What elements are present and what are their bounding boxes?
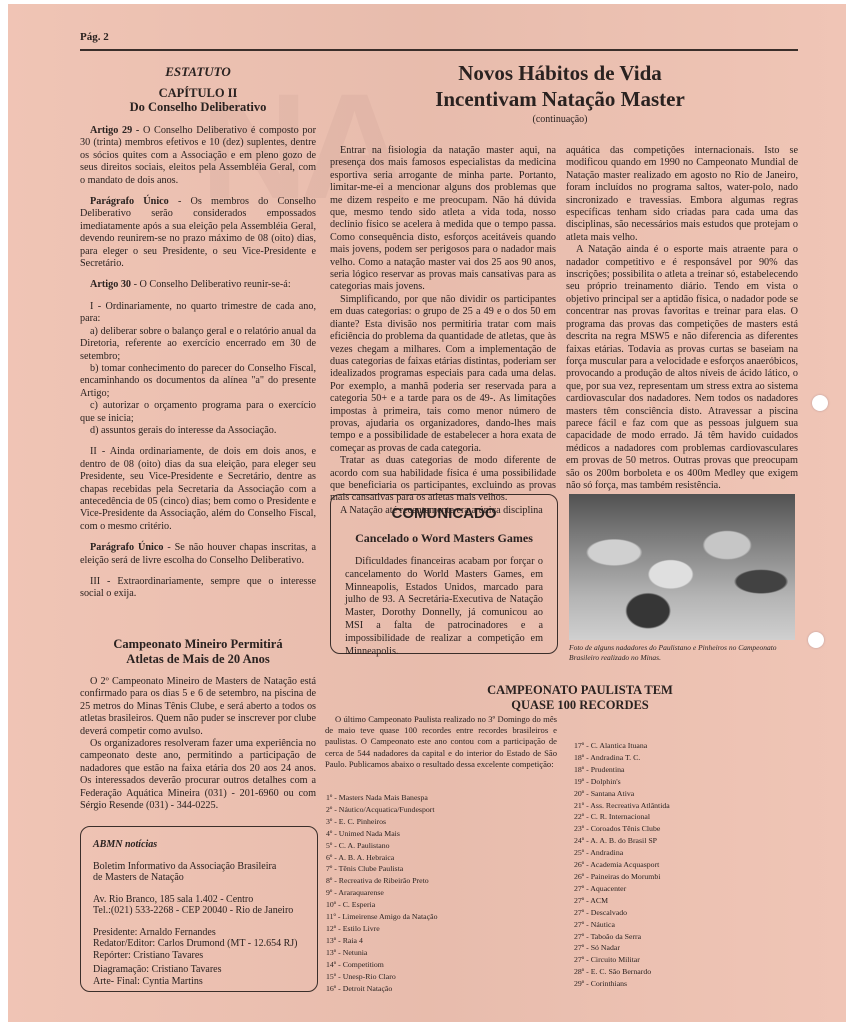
abmn-address: Av. Rio Branco, 185 sala 1.402 - Centro … xyxy=(93,894,305,917)
ranking-item: 27º - Aquacenter xyxy=(574,883,670,895)
paragrafo-unico-2: Parágrafo Único - Se não houver chapas i… xyxy=(80,542,316,567)
article-column-1: Entrar na fisiologia da natação master a… xyxy=(330,145,556,517)
ranking-item: 9º - Araraquarense xyxy=(326,887,437,899)
ranking-item: 27º - Descalvado xyxy=(574,907,670,919)
comunicado-title: COMUNICADO xyxy=(331,505,557,522)
abmn-description: Boletim Informativo da Associação Brasil… xyxy=(93,861,305,884)
article-paragraph: A Natação ainda é o esporte mais atraent… xyxy=(566,244,798,492)
abmn-title: ABMN notícias xyxy=(93,839,305,851)
ranking-item: 8º - Recreativa de Ribeirão Preto xyxy=(326,875,437,887)
ranking-item: 21º - Ass. Recreativa Atlântida xyxy=(574,800,670,812)
header-rule xyxy=(80,49,798,51)
ranking-list-right: 17º - C. Alantica Ituana 18º - Andradina… xyxy=(574,740,670,990)
ranking-item: 22º - C. R. Internacional xyxy=(574,811,670,823)
ranking-item: 5º - C. A. Paulistano xyxy=(326,840,437,852)
paulista-intro: O último Campeonato Paulista realizado n… xyxy=(325,714,557,770)
ranking-item: 14º - Competitiom xyxy=(326,959,437,971)
ranking-item: 27º - Náutica xyxy=(574,919,670,931)
ranking-item: 16º - Detroit Natação xyxy=(326,983,437,995)
ranking-item: 23º - Coroados Tênis Clube xyxy=(574,823,670,835)
photo-caption: Foto de alguns nadadores do Paulistano e… xyxy=(569,643,799,663)
chapter-heading: CAPÍTULO II Do Conselho Deliberativo xyxy=(80,86,316,114)
paulista-heading: CAMPEONATO PAULISTA TEM QUASE 100 RECORD… xyxy=(440,683,720,713)
clause-iii: III - Extraordinariamente, sempre que o … xyxy=(80,576,316,601)
paragrafo-unico-1: Parágrafo Único - Os membros do Conselho… xyxy=(80,196,316,270)
group-photo xyxy=(569,494,795,640)
ranking-item: 19º - Dolphin's xyxy=(574,776,670,788)
clause-ii: II - Ainda ordinariamente, de dois em do… xyxy=(80,446,316,533)
mineiro-paragraph: Os organizadores resolveram fazer uma ex… xyxy=(80,738,316,812)
ranking-item: 18º - Andradina T. C. xyxy=(574,752,670,764)
ranking-item: 15º - Unesp-Rio Claro xyxy=(326,971,437,983)
page-number: Pág. 2 xyxy=(80,31,109,43)
ranking-item: 28º - E. C. São Bernardo xyxy=(574,966,670,978)
ranking-item: 13º - Raia 4 xyxy=(326,935,437,947)
ranking-item: 26º - Paineiras do Morumbi xyxy=(574,871,670,883)
clause-d: d) assuntos gerais do interesse da Assoc… xyxy=(80,425,316,437)
clause-i: I - Ordinariamente, no quarto trimestre … xyxy=(80,301,316,326)
ranking-item: 13º - Netunia xyxy=(326,947,437,959)
ranking-item: 27º - Circuito Militar xyxy=(574,954,670,966)
estatuto-heading: ESTATUTO xyxy=(80,64,316,80)
ranking-item: 17º - C. Alantica Ituana xyxy=(574,740,670,752)
ranking-item: 6º - A. B. A. Hebraica xyxy=(326,852,437,864)
ranking-item: 27º - Só Nadar xyxy=(574,942,670,954)
chapter-number: CAPÍTULO II xyxy=(80,86,316,100)
ranking-item: 29º - Corinthians xyxy=(574,978,670,990)
mineiro-heading: Campeonato Mineiro Permitirá Atletas de … xyxy=(80,637,316,667)
mineiro-paragraph: O 2º Campeonato Mineiro de Masters de Na… xyxy=(80,676,316,738)
mineiro-body: O 2º Campeonato Mineiro de Masters de Na… xyxy=(80,676,316,812)
article-column-2: aquática das competições internacionais.… xyxy=(566,145,798,492)
abmn-staff: Presidente: Arnaldo Fernandes Redator/Ed… xyxy=(93,927,305,988)
ranking-item: 2º - Náutico/Acquatica/Fundesport xyxy=(326,804,437,816)
article-paragraph: Simplificando, por que não dividir os pa… xyxy=(330,294,556,455)
ranking-item: 3º - E. C. Pinheiros xyxy=(326,816,437,828)
article-subtitle: (continuação) xyxy=(330,114,790,125)
article-paragraph: aquática das competições internacionais.… xyxy=(566,145,798,244)
comunicado-box: COMUNICADO Cancelado o Word Masters Game… xyxy=(330,494,558,654)
clause-b: b) tomar conhecimento do parecer do Cons… xyxy=(80,363,316,400)
article-headline: Novos Hábitos de Vida Incentivam Natação… xyxy=(330,60,790,112)
ranking-list-left: 1º - Masters Nada Mais Banespa 2º - Náut… xyxy=(326,792,437,994)
ranking-item: 4º - Unimed Nada Mais xyxy=(326,828,437,840)
ranking-item: 1º - Masters Nada Mais Banespa xyxy=(326,792,437,804)
ranking-item: 18º - Prudentina xyxy=(574,764,670,776)
ranking-item: 26º - Academia Acquasport xyxy=(574,859,670,871)
ranking-item: 11º - Limeirense Amigo da Natação xyxy=(326,911,437,923)
article-29: Artigo 29 - O Conselho Deliberativo é co… xyxy=(80,125,316,187)
article-paragraph: Entrar na fisiologia da natação master a… xyxy=(330,145,556,294)
punch-hole xyxy=(808,632,824,648)
ranking-item: 12º - Estilo Livre xyxy=(326,923,437,935)
ranking-item: 27º - Taboão da Serra xyxy=(574,931,670,943)
ranking-item: 25º - Andradina xyxy=(574,847,670,859)
punch-hole xyxy=(812,395,828,411)
clause-c: c) autorizar o orçamento programa para o… xyxy=(80,400,316,425)
chapter-title: Do Conselho Deliberativo xyxy=(80,100,316,114)
ranking-item: 10º - C. Esperia xyxy=(326,899,437,911)
ranking-item: 20º - Santana Ativa xyxy=(574,788,670,800)
estatuto-body: Artigo 29 - O Conselho Deliberativo é co… xyxy=(80,125,316,601)
article-30: Artigo 30 - O Conselho Deliberativo reun… xyxy=(80,279,316,291)
ranking-item: 27º - ACM xyxy=(574,895,670,907)
ranking-item: 7º - Tênis Clube Paulista xyxy=(326,863,437,875)
ranking-item: 24º - A. A. B. do Brasil SP xyxy=(574,835,670,847)
comunicado-body: Dificuldades financeiras acabam por forç… xyxy=(345,556,543,658)
clause-a: a) deliberar sobre o balanço geral e o r… xyxy=(80,326,316,363)
comunicado-subtitle: Cancelado o Word Masters Games xyxy=(331,531,557,546)
abmn-masthead-box: ABMN notícias Boletim Informativo da Ass… xyxy=(80,826,318,992)
